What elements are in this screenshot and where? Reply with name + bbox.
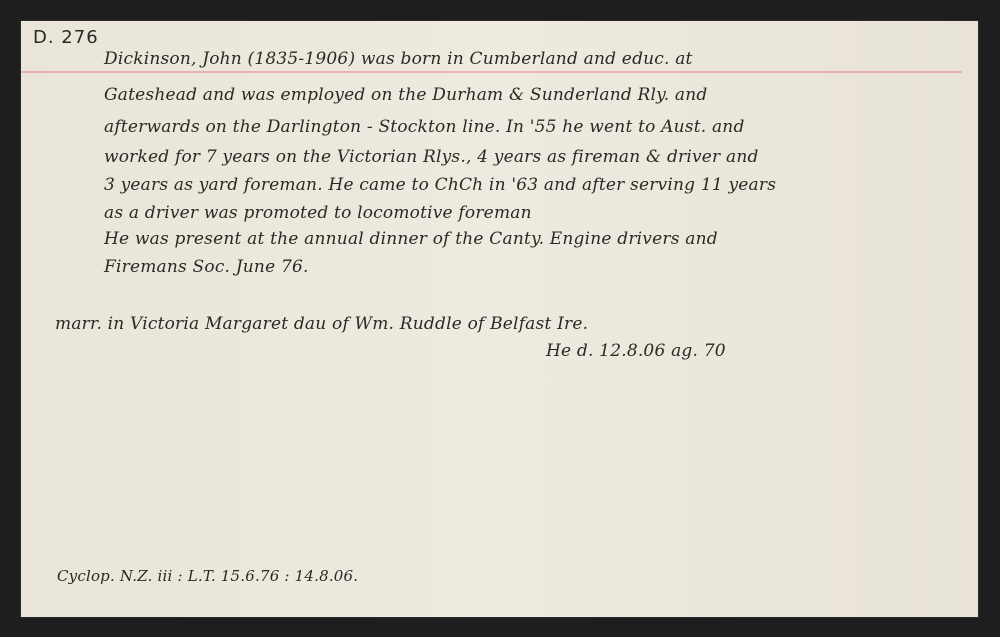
entry-line: afterwards on the Darlington - Stockton … <box>104 117 745 137</box>
marriage-line: marr. in Victoria Margaret dau of Wm. Ru… <box>55 314 588 334</box>
card-reference: D. 276 <box>33 27 99 48</box>
entry-line: Firemans Soc. June 76. <box>104 257 309 277</box>
index-card: D. 276 Dickinson, John (1835-1906) was b… <box>21 21 978 617</box>
entry-line: Gateshead and was employed on the Durham… <box>104 85 708 105</box>
source-citation: Cyclop. N.Z. iii : L.T. 15.6.76 : 14.8.0… <box>57 567 358 585</box>
entry-line: worked for 7 years on the Victorian Rlys… <box>104 147 759 167</box>
entry-line: 3 years as yard foreman. He came to ChCh… <box>104 175 776 195</box>
death-line: He d. 12.8.06 ag. 70 <box>546 341 726 361</box>
entry-line: Dickinson, John (1835-1906) was born in … <box>104 49 693 69</box>
header-rule <box>21 71 962 73</box>
entry-line: He was present at the annual dinner of t… <box>104 229 718 249</box>
entry-line: as a driver was promoted to locomotive f… <box>104 203 532 223</box>
